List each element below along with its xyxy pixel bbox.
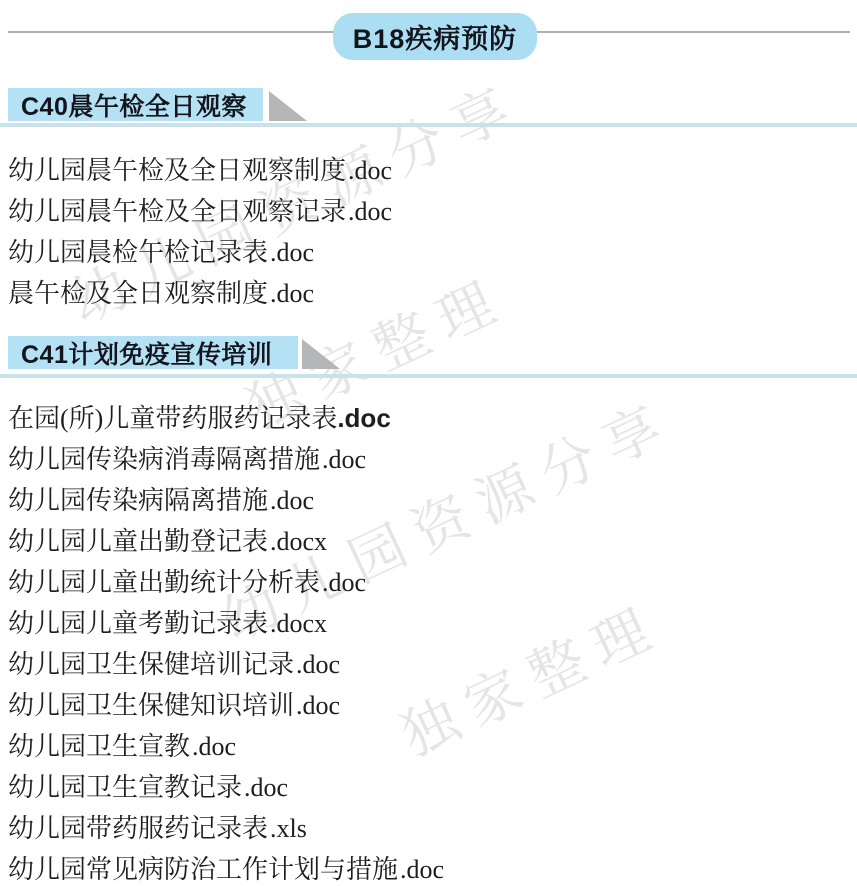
section-underline: [0, 374, 857, 378]
file-name: 幼儿园传染病消毒隔离措施: [8, 445, 320, 474]
file-extension: .doc: [294, 650, 340, 679]
file-name: 幼儿园带药服药记录表: [8, 814, 268, 843]
file-extension: .xls: [268, 814, 307, 843]
file-item: 晨午检及全日观察制度.doc: [8, 273, 392, 314]
file-name: 幼儿园儿童出勤统计分析表: [8, 568, 320, 597]
section-heading-label: C41计划免疫宣传培训: [21, 335, 272, 371]
page-title-label: B18疾病预防: [353, 17, 518, 56]
file-item: 幼儿园传染病隔离措施.doc: [8, 480, 444, 521]
file-item: 幼儿园卫生保健培训记录.doc: [8, 644, 444, 685]
file-extension: .doc: [346, 197, 392, 226]
corner-triangle-icon: [302, 339, 340, 369]
file-list-c41: 在园(所)儿童带药服药记录表.doc 幼儿园传染病消毒隔离措施.doc 幼儿园传…: [8, 398, 444, 886]
file-name: 幼儿园晨午检及全日观察制度: [8, 156, 346, 185]
file-name: 晨午检及全日观察制度: [8, 279, 268, 308]
file-item: 幼儿园卫生宣教.doc: [8, 726, 444, 767]
file-name: 幼儿园卫生保健知识培训: [8, 691, 294, 720]
section-heading-c40: C40晨午检全日观察: [8, 88, 263, 121]
file-item: 幼儿园儿童出勤登记表.docx: [8, 521, 444, 562]
file-extension: .doc: [294, 691, 340, 720]
file-item: 幼儿园儿童考勤记录表.docx: [8, 603, 444, 644]
file-extension: .docx: [268, 527, 327, 556]
file-extension: .doc: [398, 855, 444, 884]
file-extension: .doc: [242, 773, 288, 802]
file-name: 幼儿园晨检午检记录表: [8, 238, 268, 267]
file-item: 在园(所)儿童带药服药记录表.doc: [8, 398, 444, 439]
file-item: 幼儿园晨午检及全日观察制度.doc: [8, 150, 392, 191]
file-item: 幼儿园卫生保健知识培训.doc: [8, 685, 444, 726]
file-name: 幼儿园晨午检及全日观察记录: [8, 197, 346, 226]
file-item: 幼儿园卫生宣教记录.doc: [8, 767, 444, 808]
document-page: 幼儿园资源分享 独家整理 幼儿园资源分享 独家整理 B18疾病预防 C40晨午检…: [0, 0, 857, 886]
file-name: 幼儿园儿童考勤记录表: [8, 609, 268, 638]
file-name: 幼儿园卫生宣教记录: [8, 773, 242, 802]
file-item: 幼儿园常见病防治工作计划与措施.doc: [8, 849, 444, 886]
section-heading-c41: C41计划免疫宣传培训: [8, 336, 298, 369]
section-underline: [0, 123, 857, 127]
file-name: 幼儿园卫生宣教: [8, 732, 190, 761]
section-heading-label: C40晨午检全日观察: [21, 87, 247, 123]
file-extension: .doc: [190, 732, 236, 761]
file-item: 幼儿园带药服药记录表.xls: [8, 808, 444, 849]
page-title: B18疾病预防: [333, 13, 537, 60]
file-extension: .doc: [320, 445, 366, 474]
file-list-c40: 幼儿园晨午检及全日观察制度.doc 幼儿园晨午检及全日观察记录.doc 幼儿园晨…: [8, 150, 392, 314]
file-extension: .doc: [268, 279, 314, 308]
file-extension: .doc: [320, 568, 366, 597]
corner-triangle-icon: [269, 91, 307, 121]
file-name: 幼儿园常见病防治工作计划与措施: [8, 855, 398, 884]
file-item: 幼儿园晨午检及全日观察记录.doc: [8, 191, 392, 232]
file-name: 幼儿园卫生保健培训记录: [8, 650, 294, 679]
file-extension: .doc: [337, 403, 390, 433]
file-item: 幼儿园传染病消毒隔离措施.doc: [8, 439, 444, 480]
file-item: 幼儿园晨检午检记录表.doc: [8, 232, 392, 273]
file-item: 幼儿园儿童出勤统计分析表.doc: [8, 562, 444, 603]
file-name: 幼儿园儿童出勤登记表: [8, 527, 268, 556]
file-name: 在园(所)儿童带药服药记录表: [8, 404, 337, 433]
file-extension: .doc: [268, 486, 314, 515]
file-name: 幼儿园传染病隔离措施: [8, 486, 268, 515]
file-extension: .doc: [268, 238, 314, 267]
file-extension: .docx: [268, 609, 327, 638]
file-extension: .doc: [346, 156, 392, 185]
